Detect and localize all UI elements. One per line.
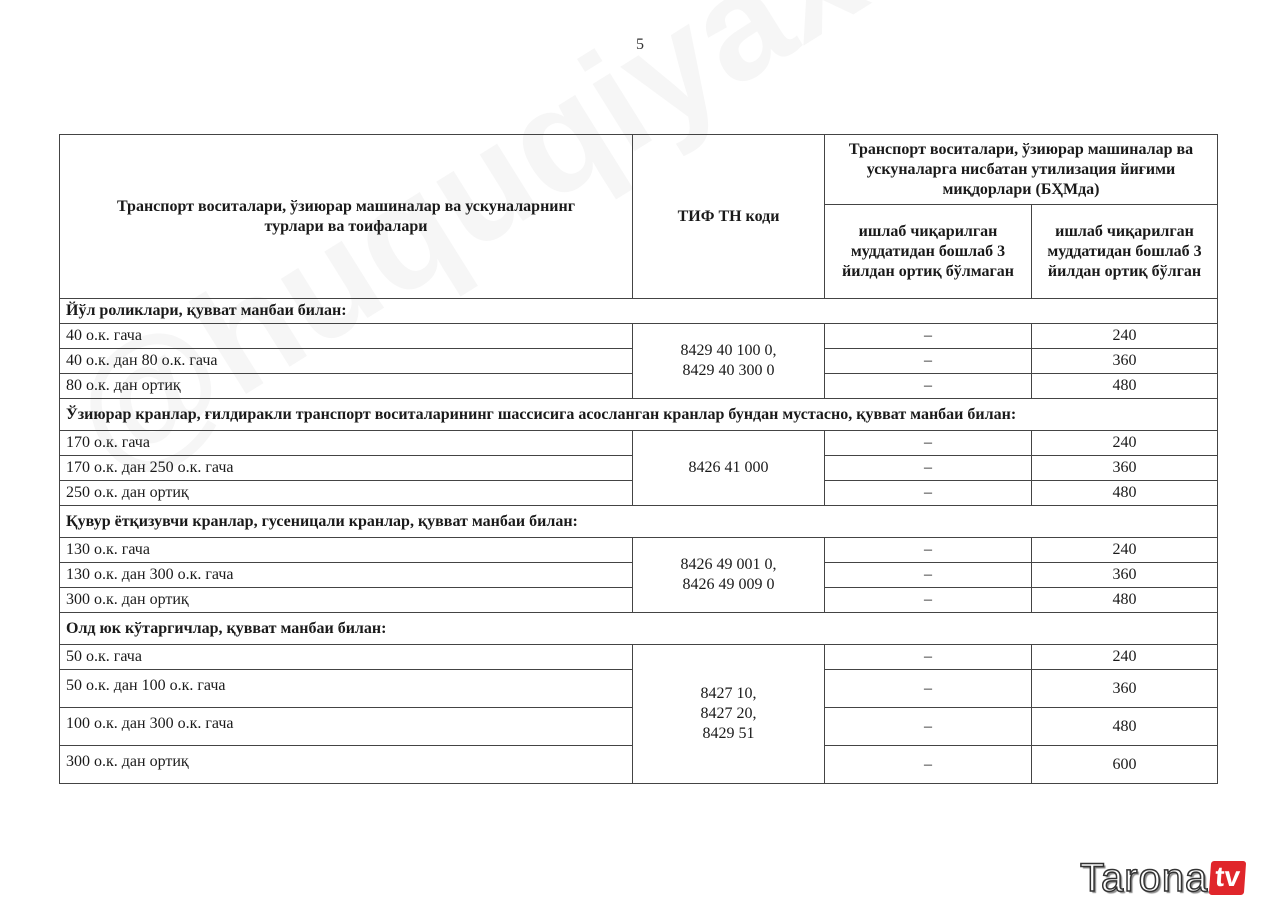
fee-under-3-years: – (825, 349, 1032, 374)
fee-under-3-years: – (825, 670, 1032, 708)
section-header-row: Олд юк кўтаргичлар, қувват манбаи билан: (60, 613, 1218, 645)
fee-over-3-years: 480 (1032, 374, 1218, 399)
header-under-3-years: ишлаб чиқарилган муддатидан бошлаб 3 йил… (825, 205, 1032, 299)
category-name: 300 о.к. дан ортиқ (60, 588, 633, 613)
category-name: 130 о.к. гача (60, 538, 633, 563)
fee-over-3-years: 240 (1032, 324, 1218, 349)
header-code: ТИФ ТН коди (633, 135, 825, 299)
fee-over-3-years: 600 (1032, 746, 1218, 784)
section-header-row: Ўзиюрар кранлар, ғилдиракли транспорт во… (60, 399, 1218, 431)
fee-under-3-years: – (825, 538, 1032, 563)
category-name: 40 о.к. гача (60, 324, 633, 349)
fee-under-3-years: – (825, 324, 1032, 349)
header-over-3-years: ишлаб чиқарилган муддатидан бошлаб 3 йил… (1032, 205, 1218, 299)
fee-under-3-years: – (825, 563, 1032, 588)
category-name: 170 о.к. гача (60, 431, 633, 456)
header-fee-group: Транспорт воситалари, ўзиюрар машиналар … (825, 135, 1218, 205)
fee-over-3-years: 480 (1032, 481, 1218, 506)
fee-under-3-years: – (825, 456, 1032, 481)
fee-under-3-years: – (825, 431, 1032, 456)
table-body: Йўл роликлари, қувват манбаи билан:40 о.… (60, 299, 1218, 784)
section-header-row: Қувур ётқизувчи кранлар, гусеницали кран… (60, 506, 1218, 538)
table-row: 40 о.к. гача8429 40 100 0, 8429 40 300 0… (60, 324, 1218, 349)
fee-under-3-years: – (825, 746, 1032, 784)
fee-over-3-years: 480 (1032, 588, 1218, 613)
tn-ved-code: 8426 41 000 (633, 431, 825, 506)
utilization-fee-table: Транспорт воситалари, ўзиюрар машиналар … (59, 134, 1218, 784)
tn-ved-code: 8426 49 001 0, 8426 49 009 0 (633, 538, 825, 613)
category-name: 170 о.к. дан 250 о.к. гача (60, 456, 633, 481)
fee-under-3-years: – (825, 588, 1032, 613)
section-title: Олд юк кўтаргичлар, қувват манбаи билан: (60, 613, 1218, 645)
fee-over-3-years: 360 (1032, 670, 1218, 708)
logo-text: Tarona (1080, 858, 1208, 898)
tarona-tv-logo: Tarona tv (1080, 858, 1245, 898)
category-name: 50 о.к. дан 100 о.к. гача (60, 670, 633, 708)
logo-tv-badge: tv (1209, 861, 1246, 895)
table-row: 130 о.к. гача8426 49 001 0, 8426 49 009 … (60, 538, 1218, 563)
category-name: 250 о.к. дан ортиқ (60, 481, 633, 506)
category-name: 300 о.к. дан ортиқ (60, 746, 633, 784)
fee-over-3-years: 360 (1032, 456, 1218, 481)
section-header-row: Йўл роликлари, қувват манбаи билан: (60, 299, 1218, 324)
tn-ved-code: 8427 10, 8427 20, 8429 51 (633, 645, 825, 784)
fee-under-3-years: – (825, 708, 1032, 746)
tn-ved-code: 8429 40 100 0, 8429 40 300 0 (633, 324, 825, 399)
category-name: 100 о.к. дан 300 о.к. гача (60, 708, 633, 746)
header-category: Транспорт воситалари, ўзиюрар машиналар … (60, 135, 633, 299)
section-title: Йўл роликлари, қувват манбаи билан: (60, 299, 1218, 324)
fee-over-3-years: 240 (1032, 431, 1218, 456)
fee-under-3-years: – (825, 374, 1032, 399)
table-row: 50 о.к. гача8427 10, 8427 20, 8429 51–24… (60, 645, 1218, 670)
category-name: 40 о.к. дан 80 о.к. гача (60, 349, 633, 374)
page-number: 5 (0, 36, 1280, 54)
section-title: Ўзиюрар кранлар, ғилдиракли транспорт во… (60, 399, 1218, 431)
category-name: 80 о.к. дан ортиқ (60, 374, 633, 399)
fee-under-3-years: – (825, 645, 1032, 670)
category-name: 50 о.к. гача (60, 645, 633, 670)
category-name: 130 о.к. дан 300 о.к. гача (60, 563, 633, 588)
fee-over-3-years: 240 (1032, 645, 1218, 670)
fee-over-3-years: 240 (1032, 538, 1218, 563)
fee-over-3-years: 480 (1032, 708, 1218, 746)
fee-over-3-years: 360 (1032, 349, 1218, 374)
fee-over-3-years: 360 (1032, 563, 1218, 588)
table-row: 170 о.к. гача8426 41 000–240 (60, 431, 1218, 456)
fee-under-3-years: – (825, 481, 1032, 506)
section-title: Қувур ётқизувчи кранлар, гусеницали кран… (60, 506, 1218, 538)
